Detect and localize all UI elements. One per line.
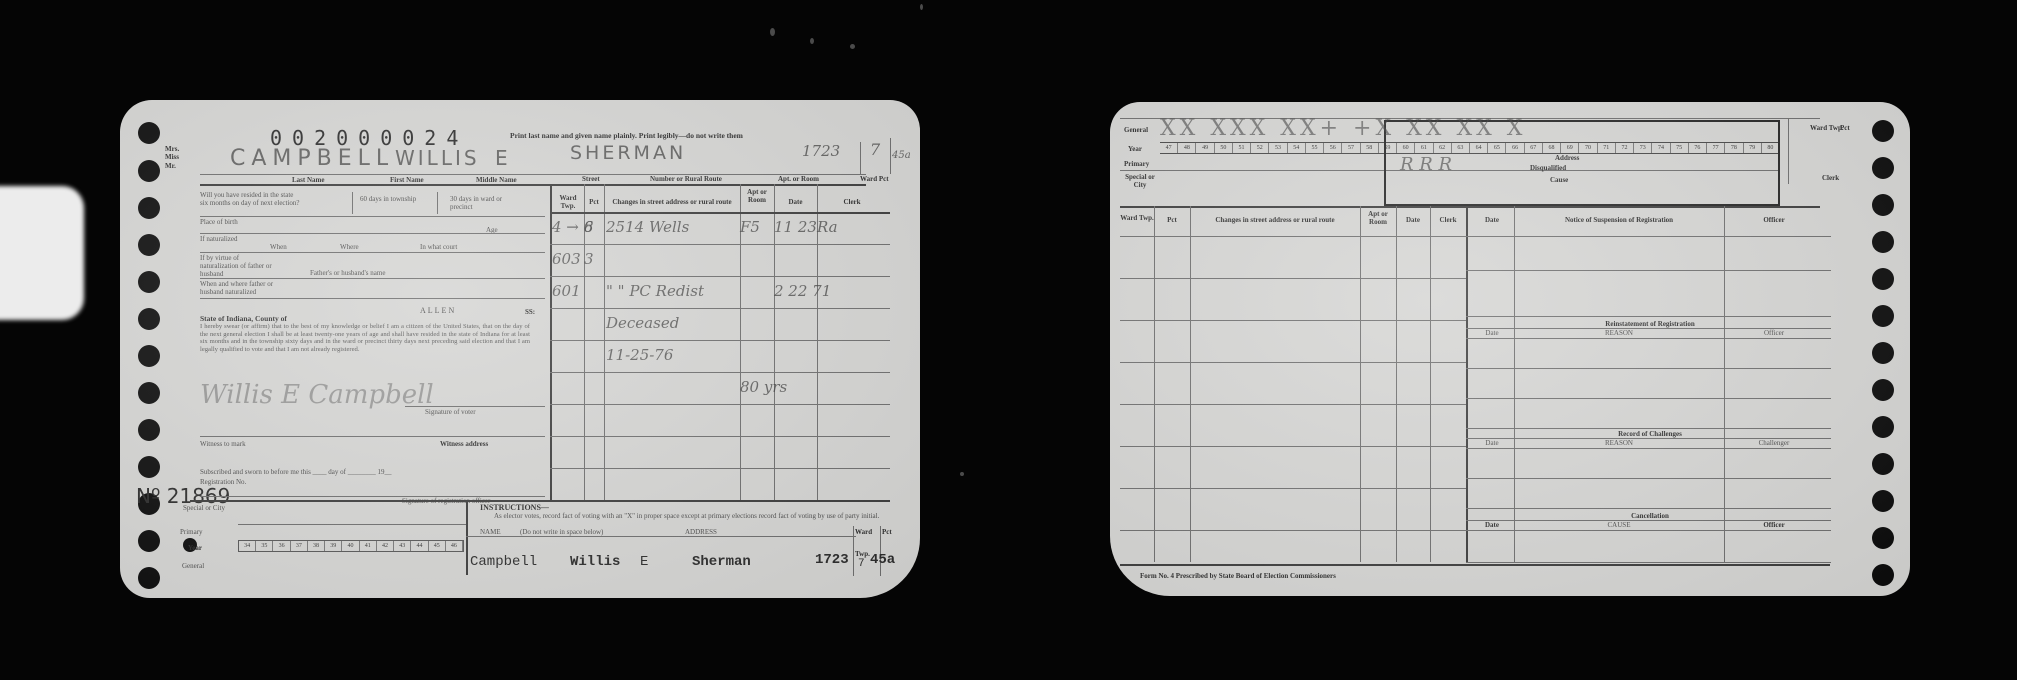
back-col-date: Date [1396,216,1430,224]
suspension-notice-label: Notice of Suspension of Registration [1514,216,1724,224]
year-cell: 43 [394,541,411,551]
front-year-row: 34353637383940414243444546 [238,540,464,552]
pct-col-label: Pct [882,528,892,536]
year-cell: 44 [411,541,428,551]
back-primary-label: Primary [1124,160,1149,168]
year-label: Year [188,544,202,552]
county-value: ALLEN [420,307,456,315]
challenges-challenger-label: Challenger [1724,439,1824,447]
print-instruction: Print last name and given name plainly. … [510,132,850,140]
punch-hole [1872,120,1894,142]
street-label: Street [582,175,600,183]
challenges-date-label: Date [1470,439,1514,447]
punch-hole [138,308,160,330]
table-cell: 80 yrs [740,378,804,396]
house-number-value: 1723 [802,142,840,160]
year-cell: 53 [1269,143,1287,153]
year-cell: 48 [1178,143,1196,153]
back-pct-label: Pct [1840,124,1850,132]
cancellation-title: Cancellation [1470,512,1830,520]
form-footer: Form No. 4 Prescribed by State Board of … [1140,572,1336,580]
ward-residency-label: 30 days in ward or precinct [450,195,520,211]
street-value: SHERMAN [570,142,686,164]
suspension-date-label: Date [1470,216,1514,224]
back-col-clerk: Clerk [1430,216,1466,224]
salutation-mrs: Mrs. [165,145,179,153]
naturalized-when-label: When [270,243,287,251]
ward-col-label: Ward [855,528,872,536]
no-write-label: (Do not write in space below) [520,528,603,536]
back-col-ward: Ward Twp. [1120,214,1154,222]
year-cell: 35 [256,541,273,551]
naturalized-court-label: In what court [420,243,457,251]
salutation-miss: Miss [165,153,179,161]
year-cell: 46 [446,541,463,551]
punch-hole [138,122,160,144]
punch-hole [138,456,160,478]
challenges-title: Record of Challenges [1470,430,1830,438]
punch-hole [1872,490,1894,512]
back-ward-label: Ward Twp. [1810,124,1844,132]
table-cell: 3 [584,250,634,268]
year-cell: 52 [1251,143,1269,153]
instructions-heading: INSTRUCTIONS— [480,504,549,512]
punch-hole [1872,157,1894,179]
oath-heading: State of Indiana, County of [200,314,287,323]
reinstatement-title: Reinstatement of Registration [1470,320,1830,328]
punch-hole [138,197,160,219]
back-year-label: Year [1128,145,1142,153]
ward-value: 7 [870,140,880,159]
back-special-label: Special or City [1120,173,1160,189]
number-label: Number or Rural Route [650,175,722,183]
punch-hole [1872,453,1894,475]
punch-hole [138,530,160,552]
punch-hole [138,567,160,589]
middle-name-label: Middle Name [476,176,517,184]
typed-house-number: 1723 [815,552,849,568]
typed-street: Sherman [692,554,751,570]
col-date: Date [774,198,817,206]
cancellation-date-label: Date [1470,521,1514,529]
table-cell: 2 22 71 [774,282,847,300]
year-cell: 54 [1288,143,1306,153]
residency-question: Will you have resided in the state six m… [200,191,300,207]
birthplace-label: Place of birth [200,218,240,226]
year-cell: 34 [239,541,256,551]
oath-text: State of Indiana, County of I hereby swe… [200,315,530,353]
reinstatement-reason-label: REASON [1514,329,1724,337]
year-cell: 47 [1160,143,1178,153]
year-cell: 56 [1324,143,1342,153]
film-artifact [0,186,84,320]
cancellation-officer-label: Officer [1724,521,1824,529]
punch-hole [1872,527,1894,549]
back-col-changes: Changes in street address or rural route [1190,216,1360,224]
punch-hole [138,419,160,441]
typed-last-name: Campbell [470,554,537,570]
year-cell: 39 [325,541,342,551]
year-cell: 50 [1215,143,1233,153]
challenges-reason-label: REASON [1514,439,1724,447]
naturalized-label: If naturalized [200,235,245,243]
twp-col-label: Twp. [855,550,870,558]
back-col-pct: Pct [1154,216,1190,224]
back-clerk-label: Clerk [1822,174,1839,182]
punch-hole [1872,194,1894,216]
salutation-mr: Mr. [165,162,176,170]
suspension-officer-label: Officer [1724,216,1824,224]
primary-label: Primary [180,528,203,536]
year-cell: 37 [291,541,308,551]
voter-signature-label: Signature of voter [425,408,476,416]
punch-hole [138,345,160,367]
address-sublabel: Address [1555,154,1579,162]
year-cell: 36 [273,541,290,551]
sworn-text: Subscribed and sworn to before me this _… [200,468,500,476]
year-cell: 42 [377,541,394,551]
col-pct: Pct [584,198,604,206]
voter-signature: Willis E Campbell [200,380,434,410]
naturalized-where-label: Where [340,243,359,251]
punch-hole [1872,305,1894,327]
punch-hole [1872,342,1894,364]
year-cell: 45 [429,541,446,551]
general-label: General [182,562,204,570]
father-naturalized-label: When and where father or husband natural… [200,280,290,296]
col-changes: Changes in street address or rural route [604,198,740,206]
address-col-label: ADDRESS [685,528,717,536]
punch-hole [1872,231,1894,253]
middle-name-value: E [495,146,508,170]
year-cell: 40 [342,541,359,551]
punch-hole [1872,416,1894,438]
punch-hole [138,271,160,293]
year-cell: 51 [1233,143,1251,153]
cause-sublabel: Cause [1550,176,1568,184]
township-residency-label: 60 days in township [360,195,420,203]
punch-hole [1872,379,1894,401]
table-cell: 11-25-76 [606,346,770,364]
father-name-label: Father's or husband's name [310,269,385,277]
year-cell: 58 [1361,143,1379,153]
name-col-label: NAME [480,528,501,536]
punch-hole [138,234,160,256]
typed-middle-initial: E [640,554,648,570]
first-name-label: First Name [390,176,424,184]
last-name-label: Last Name [292,176,324,184]
back-col-apt: Apt or Room [1360,210,1396,226]
col-apt: Apt or Room [740,188,774,204]
table-cell: Ra [817,218,917,236]
punch-hole [138,382,160,404]
virtue-label: If by virtue of naturalization of father… [200,254,275,278]
table-cell: 601 [552,282,614,300]
general-marks: XX XXX XX+ +X XX XX X [1160,116,1526,141]
last-name-value: CAMPBELL [230,146,394,171]
registration-card-front: 002000024 Print last name and given name… [120,100,920,598]
typed-first-name: Willis [570,554,620,570]
cancellation-cause-label: CAUSE [1514,521,1724,529]
punch-hole [138,160,160,182]
witness-label: Witness to mark [200,440,246,448]
apt-label: Apt. or Room [778,175,819,183]
year-cell: 57 [1342,143,1360,153]
primary-marks: R R R [1400,154,1452,175]
year-cell: 49 [1196,143,1214,153]
punch-hole [1872,564,1894,586]
reinstatement-officer-label: Officer [1724,329,1824,337]
special-label: Special or City [180,504,228,512]
typed-ward: 7 [858,558,865,570]
instructions-text: As elector votes, record fact of voting … [494,512,914,520]
disqualified-sublabel: Disqualified [1530,164,1566,172]
table-cell: " " PC Redist [606,282,770,300]
registration-card-back: General Year Primary Special or City 474… [1110,102,1910,596]
precinct-value: 45a [892,150,911,161]
year-cell: 55 [1306,143,1324,153]
witness-address-label: Witness address [440,440,488,448]
typed-precinct: 45a [870,552,895,568]
col-ward: Ward Twp. [552,194,584,210]
year-cell: 41 [360,541,377,551]
back-general-label: General [1124,126,1148,134]
reinstatement-date-label: Date [1470,329,1514,337]
year-cell: 38 [308,541,325,551]
col-clerk: Clerk [817,198,887,206]
table-cell: Deceased [606,314,770,332]
punch-hole [1872,268,1894,290]
ward-pct-label: Ward Pct [860,175,889,183]
first-name-value: WILLIS [395,146,480,170]
